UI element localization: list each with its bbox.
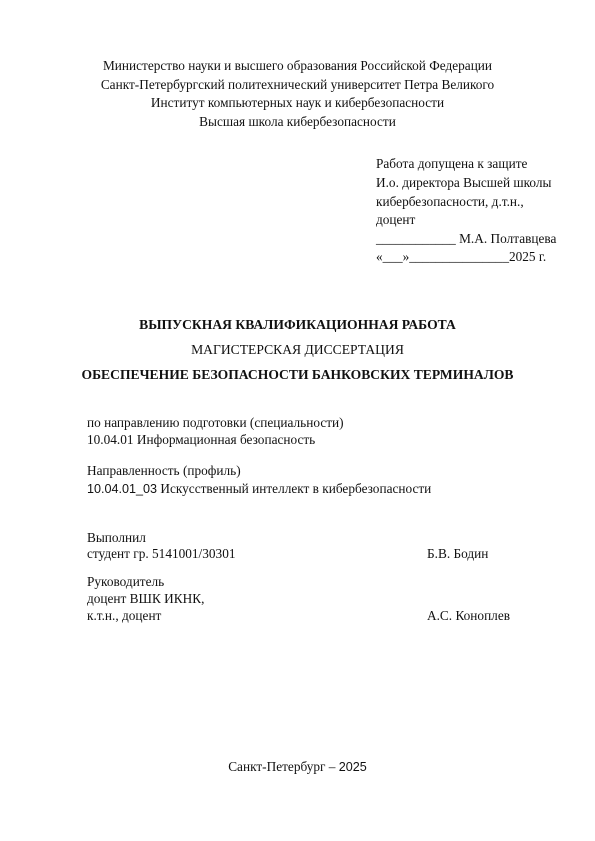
university-line: Санкт-Петербургский политехнический унив… (0, 78, 595, 91)
ministry-line: Министерство науки и высшего образования… (0, 59, 595, 72)
approval-signature: ____________ М.А. Полтавцева (376, 232, 556, 245)
footer-year: 2025 (339, 760, 367, 774)
direction-label: по направлению подготовки (специальности… (87, 416, 344, 429)
supervisor-role-2: к.т.н., доцент (87, 609, 161, 622)
approval-admitted: Работа допущена к защите (376, 157, 527, 170)
approval-director: И.о. директора Высшей школы (376, 176, 551, 189)
supervisor-label: Руководитель (87, 575, 164, 588)
direction-value: 10.04.01 Информационная безопасность (87, 433, 315, 446)
approval-date: «___»_______________2025 г. (376, 250, 546, 263)
supervisor-role-1: доцент ВШК ИКНК, (87, 592, 204, 605)
profile-value: Искусственный интеллект в кибербезопасно… (157, 481, 431, 496)
author-role: студент гр. 5141001/30301 (87, 547, 236, 560)
approval-degree: кибербезопасности, д.т.н., (376, 195, 524, 208)
author-label: Выполнил (87, 531, 146, 544)
institute-line: Институт компьютерных наук и кибербезопа… (0, 96, 595, 109)
school-line: Высшая школа кибербезопасности (0, 115, 595, 128)
profile-label: Направленность (профиль) (87, 464, 241, 477)
footer-city: Санкт-Петербург – (228, 759, 339, 774)
profile-line: 10.04.01_03 Искусственный интеллект в ки… (87, 482, 431, 496)
approval-title: доцент (376, 213, 415, 226)
supervisor-name: А.С. Коноплев (427, 609, 510, 622)
author-name: Б.В. Бодин (427, 547, 488, 560)
thesis-topic: ОБЕСПЕЧЕНИЕ БЕЗОПАСНОСТИ БАНКОВСКИХ ТЕРМ… (0, 368, 595, 382)
degree-type: МАГИСТЕРСКАЯ ДИССЕРТАЦИЯ (0, 343, 595, 357)
footer-city-year: Санкт-Петербург – 2025 (0, 760, 595, 774)
profile-code: 10.04.01_03 (87, 482, 157, 496)
work-type: ВЫПУСКНАЯ КВАЛИФИКАЦИОННАЯ РАБОТА (0, 318, 595, 332)
